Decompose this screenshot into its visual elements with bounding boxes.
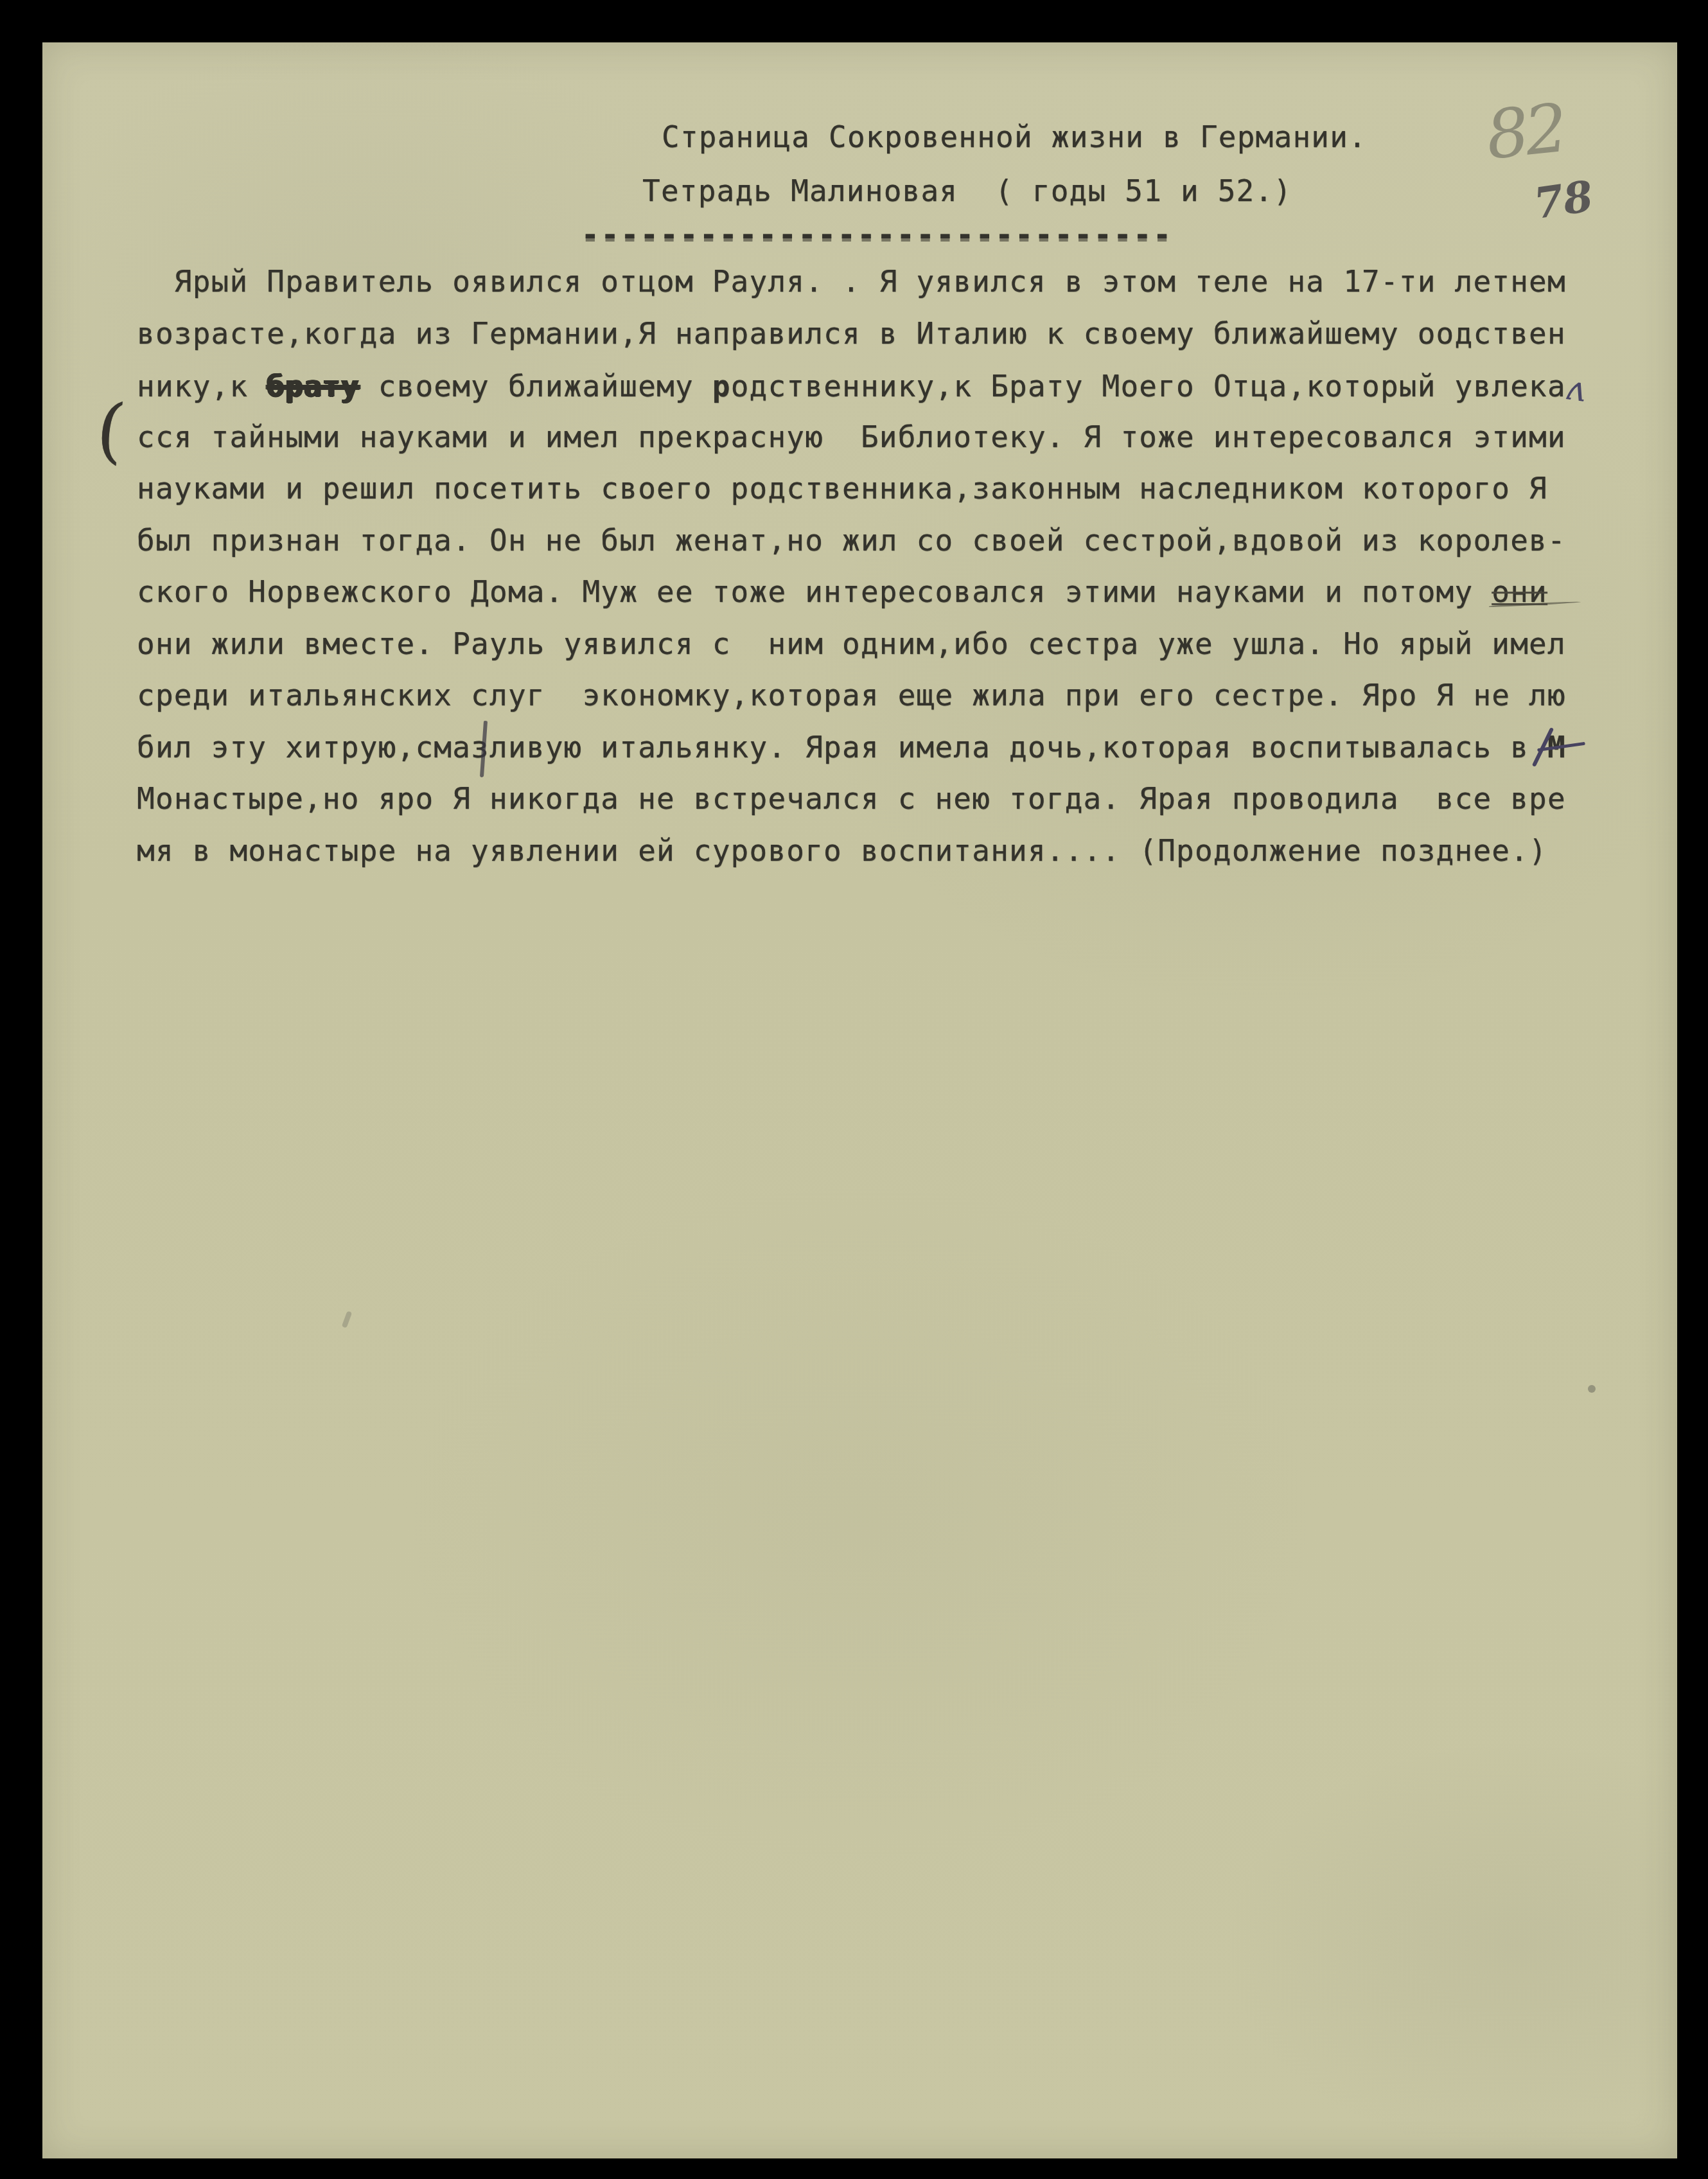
typed-segment: возрасте,когда из Германии,Я направился … xyxy=(137,316,1566,351)
handwritten-pencil-number: 82 xyxy=(1483,89,1567,175)
typed-line: науками и решил посетить своего родствен… xyxy=(137,463,1585,515)
typed-line: ского Норвежского Дома. Муж ее тоже инте… xyxy=(137,566,1585,618)
handwritten-ink-number: 78 xyxy=(1531,171,1596,229)
typed-line: возрасте,когда из Германии,Я направился … xyxy=(137,308,1585,360)
scan-background: { "header": { "title": "Страница Сокрове… xyxy=(0,0,1708,2179)
typed-line: (сся тайными науками и имел прекрасную Б… xyxy=(137,411,1585,463)
typed-segment-strikei: М xyxy=(1547,730,1566,764)
typed-line: бил эту хитрую,смазливую итальянку. Ярая… xyxy=(137,721,1585,773)
paper-scratch xyxy=(342,1310,352,1328)
typed-segment: среди итальянских слуг экономку,которая … xyxy=(137,678,1566,712)
typed-segment: науками и решил посетить своего родствен… xyxy=(137,471,1547,506)
typed-line: нику,к брату своему ближайшему родственн… xyxy=(137,359,1585,411)
typed-line: был признан тогда. Он не был женат,но жи… xyxy=(137,515,1585,567)
typed-segment-hwparen: ( xyxy=(93,393,128,466)
document-page: Страница Сокровенной жизни в Германии. Т… xyxy=(42,42,1677,2158)
typed-segment-strikep: они xyxy=(1492,574,1547,609)
typed-segment: бил эту хитрую,смазливую итальянку. Ярая… xyxy=(137,730,1547,764)
typed-line: мя в монастыре на уявлении ей сурового в… xyxy=(137,825,1585,877)
typed-segment: сся тайными науками и имел прекрасную Би… xyxy=(137,419,1566,454)
typed-segment-hwcaret: ʌ xyxy=(1562,362,1589,416)
typed-segment-b: р xyxy=(712,369,731,403)
typed-segment: Монастыре,но яро Я никогда не встречался… xyxy=(137,781,1566,816)
paper-speck xyxy=(1588,1385,1596,1393)
typed-text: Ярый Правитель оявился отцом Рауля. . Я … xyxy=(137,256,1585,876)
typed-segment: ского Норвежского Дома. Муж ее тоже инте… xyxy=(137,574,1492,609)
typed-line: Монастыре,но яро Я никогда не встречался… xyxy=(137,773,1585,825)
typed-segment: они жили вместе. Рауль уявился с ним одн… xyxy=(137,626,1566,661)
typed-line: среди итальянских слуг экономку,которая … xyxy=(137,669,1585,721)
typed-segment-x: брату xyxy=(267,369,359,403)
typed-segment: Ярый Правитель оявился отцом Рауля. . Я … xyxy=(137,264,1566,299)
page-title: Страница Сокровенной жизни в Германии. xyxy=(662,119,1367,154)
page-subtitle: Тетрадь Малиновая ( годы 51 и 52.) xyxy=(642,173,1292,208)
divider-dashes: ------------------------------ xyxy=(581,217,1173,252)
typed-segment: мя в монастыре на уявлении ей сурового в… xyxy=(137,833,1547,868)
typed-line: они жили вместе. Рауль уявился с ним одн… xyxy=(137,618,1585,670)
typed-segment: нику,к xyxy=(137,369,267,403)
typed-line: Ярый Правитель оявился отцом Рауля. . Я … xyxy=(137,256,1585,308)
typed-segment: своему ближайшему xyxy=(360,369,712,403)
typed-segment: был признан тогда. Он не был женат,но жи… xyxy=(137,523,1566,558)
typed-segment: одственнику,к Брату Моего Отца,который у… xyxy=(731,369,1566,403)
